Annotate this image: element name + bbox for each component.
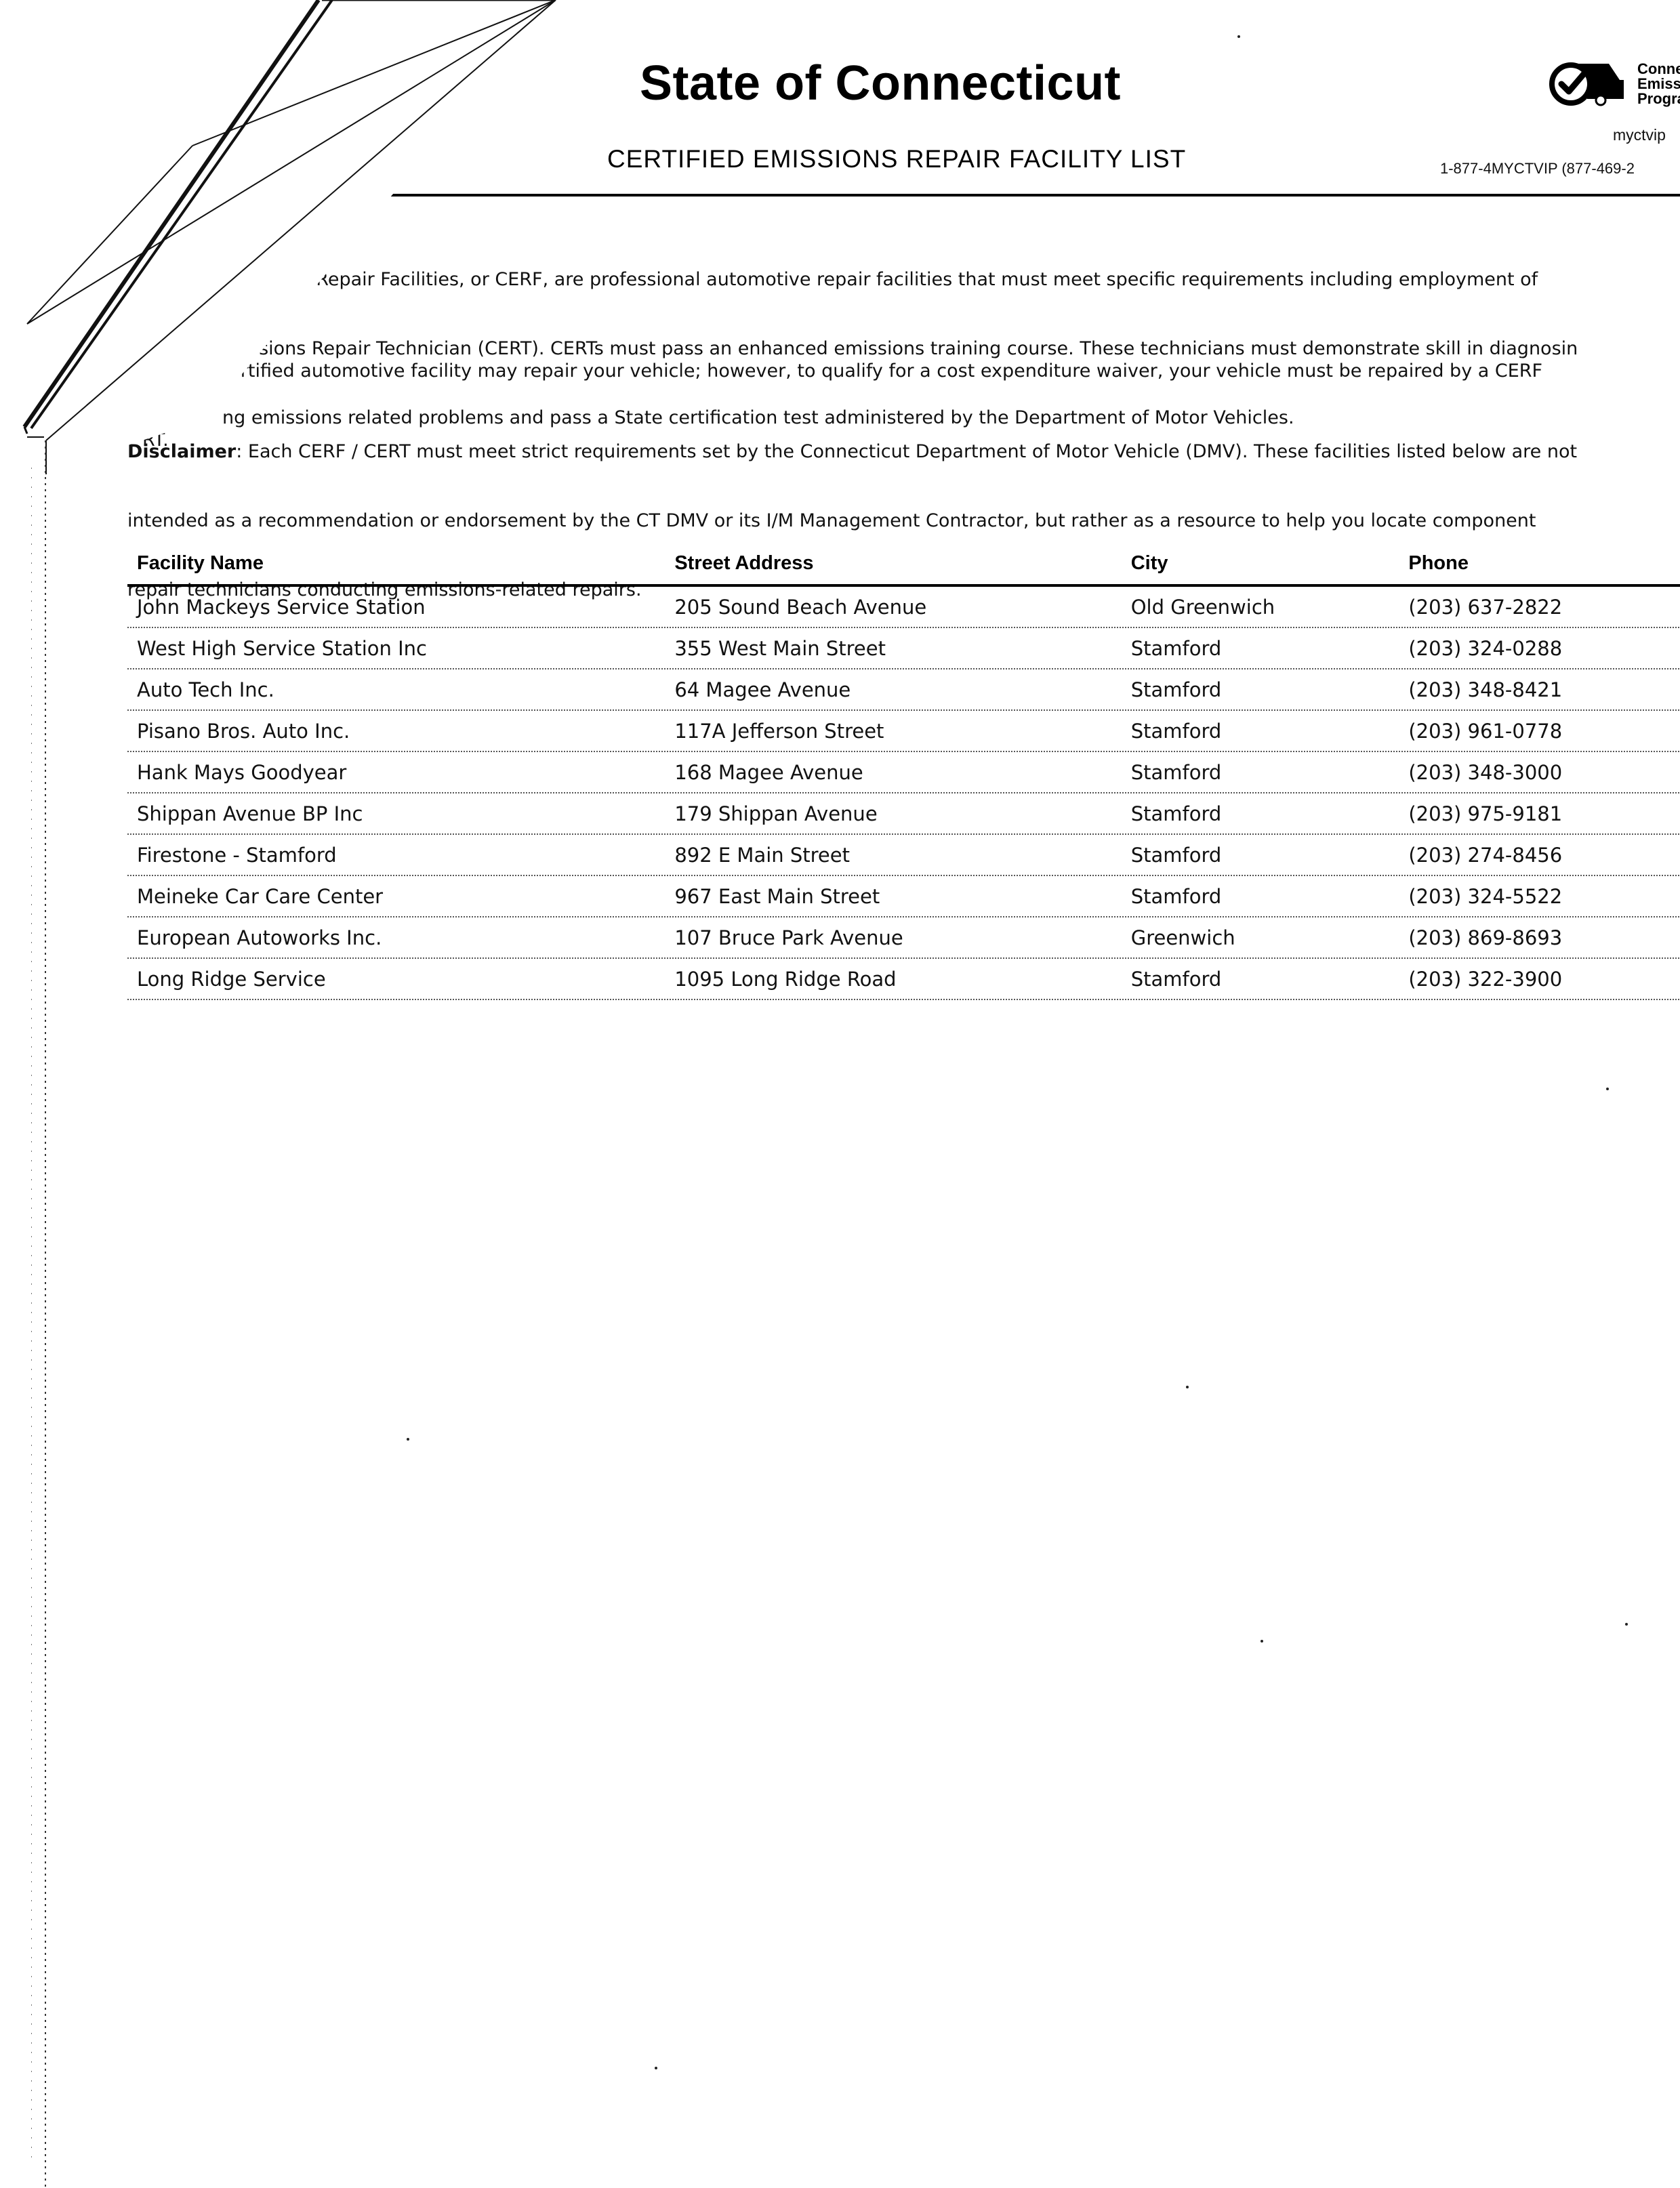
table-row: Hank Mays Goodyear168 Magee AvenueStamfo… [127, 752, 1680, 793]
facility-name-cell: European Autoworks Inc. [127, 926, 670, 949]
table-row: Meineke Car Care Center967 East Main Str… [127, 876, 1680, 917]
scan-speck [1237, 35, 1240, 38]
phone-cell: (203) 322-3900 [1408, 968, 1680, 991]
scan-speck [407, 1438, 409, 1441]
facility-name-cell: Hank Mays Goodyear [127, 761, 670, 784]
city-cell: Stamford [1131, 720, 1409, 743]
facility-table: Facility Name Street Address City Phone … [127, 542, 1680, 1000]
city-cell: Stamford [1131, 802, 1409, 825]
scan-speck [655, 2067, 657, 2069]
table-row: Shippan Avenue BP Inc179 Shippan AvenueS… [127, 793, 1680, 835]
phone-cell: (203) 869-8693 [1408, 926, 1680, 949]
phone-cell: (203) 961-0778 [1408, 720, 1680, 743]
logo-line: Progra [1637, 91, 1680, 106]
street-address-cell: 205 Sound Beach Avenue [670, 596, 1130, 619]
table-row: Auto Tech Inc.64 Magee AvenueStamford(20… [127, 669, 1680, 711]
city-cell: Greenwich [1131, 926, 1409, 949]
city-cell: Stamford [1131, 968, 1409, 991]
website-link[interactable]: myctvip [1613, 126, 1666, 144]
street-address-cell: 355 West Main Street [670, 637, 1130, 660]
table-row: Pisano Bros. Auto Inc.117A Jefferson Str… [127, 711, 1680, 752]
street-address-cell: 179 Shippan Avenue [670, 802, 1130, 825]
phone-cell: (203) 324-0288 [1408, 637, 1680, 660]
table-row: Long Ridge Service1095 Long Ridge RoadSt… [127, 959, 1680, 1000]
page-subtitle: CERTIFIED EMISSIONS REPAIR FACILITY LIST [607, 145, 1186, 173]
street-address-cell: 117A Jefferson Street [670, 720, 1130, 743]
phone-cell: (203) 274-8456 [1408, 844, 1680, 867]
table-row: West High Service Station Inc355 West Ma… [127, 628, 1680, 669]
street-address-cell: 1095 Long Ridge Road [670, 968, 1130, 991]
page-title: State of Connecticut [640, 56, 1121, 111]
street-address-cell: 967 East Main Street [670, 885, 1130, 908]
phone-cell: (203) 975-9181 [1408, 802, 1680, 825]
column-header-facility-name: Facility Name [127, 552, 670, 575]
table-row: John Mackeys Service Station205 Sound Be… [127, 587, 1680, 628]
logo-line: Conne [1637, 62, 1680, 77]
scanned-document-page: State of Connecticut CERTIFIED EMISSIONS… [0, 0, 1680, 2188]
column-header-street-address: Street Address [670, 552, 1130, 575]
city-cell: Stamford [1131, 637, 1409, 660]
phone-cell: (203) 348-8421 [1408, 678, 1680, 701]
facility-name-cell: Meineke Car Care Center [127, 885, 670, 908]
street-address-cell: 107 Bruce Park Avenue [670, 926, 1130, 949]
phone-cell: (203) 324-5522 [1408, 885, 1680, 908]
scan-speck [1625, 1623, 1628, 1626]
facility-name-cell: Pisano Bros. Auto Inc. [127, 720, 670, 743]
scan-speck [1186, 1386, 1189, 1388]
facility-name-cell: West High Service Station Inc [127, 637, 670, 660]
facility-name-cell: Long Ridge Service [127, 968, 670, 991]
scan-edge-line [31, 468, 32, 2162]
facility-name-cell: John Mackeys Service Station [127, 596, 670, 619]
column-header-city: City [1131, 552, 1409, 575]
street-address-cell: 64 Magee Avenue [670, 678, 1130, 701]
city-cell: Stamford [1131, 761, 1409, 784]
table-row: European Autoworks Inc.107 Bruce Park Av… [127, 917, 1680, 959]
scan-speck [1261, 1640, 1263, 1643]
street-address-cell: 892 E Main Street [670, 844, 1130, 867]
folded-corner [0, 0, 610, 488]
scan-speck [1606, 1088, 1609, 1090]
table-header: Facility Name Street Address City Phone [127, 542, 1680, 584]
facility-name-cell: Auto Tech Inc. [127, 678, 670, 701]
disclaimer-line: intended as a recommendation or endorsem… [127, 510, 1680, 533]
facility-name-cell: Firestone - Stamford [127, 844, 670, 867]
column-header-phone: Phone [1408, 552, 1680, 575]
hotline-number: 1-877-4MYCTVIP (877-469-2 [1440, 160, 1635, 178]
city-cell: Stamford [1131, 885, 1409, 908]
city-cell: Stamford [1131, 678, 1409, 701]
phone-cell: (203) 348-3000 [1408, 761, 1680, 784]
scan-edge-line [45, 440, 46, 2188]
program-logo: Conne Emissi Progra [1549, 60, 1680, 108]
phone-cell: (203) 637-2822 [1408, 596, 1680, 619]
facility-name-cell: Shippan Avenue BP Inc [127, 802, 670, 825]
table-body: John Mackeys Service Station205 Sound Be… [127, 587, 1680, 1000]
logo-line: Emissi [1637, 77, 1680, 91]
street-address-cell: 168 Magee Avenue [670, 761, 1130, 784]
city-cell: Old Greenwich [1131, 596, 1409, 619]
city-cell: Stamford [1131, 844, 1409, 867]
program-name: Conne Emissi Progra [1637, 62, 1680, 106]
check-car-icon [1549, 60, 1631, 108]
table-row: Firestone - Stamford892 E Main StreetSta… [127, 835, 1680, 876]
